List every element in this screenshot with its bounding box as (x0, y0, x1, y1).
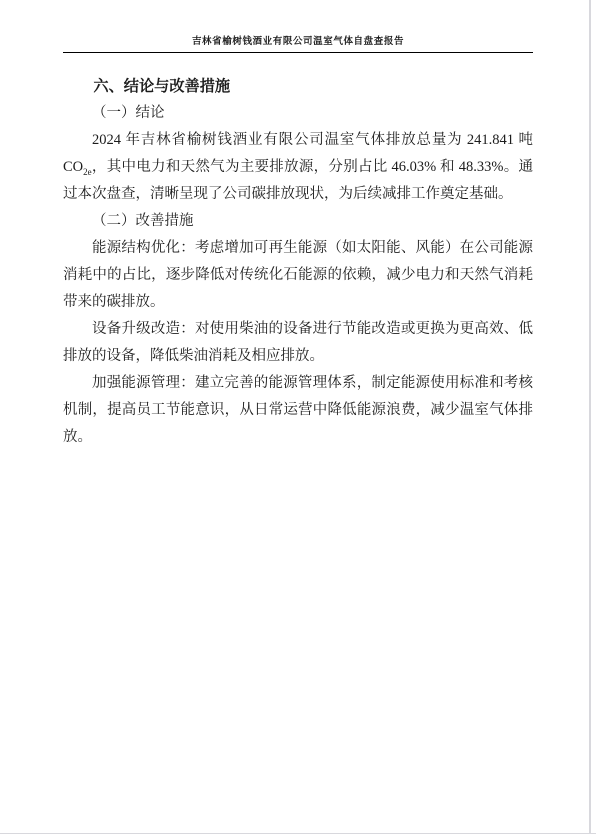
conclusion-subheading: （一）结论 (63, 100, 533, 127)
improvement-paragraph-energy-structure: 能源结构优化：考虑增加可再生能源（如太阳能、风能）在公司能源消耗中的占比，逐步降… (63, 235, 533, 316)
improvement-paragraph-equipment-upgrade: 设备升级改造：对使用柴油的设备进行节能改造或更换为更高效、低排放的设备，降低柴油… (63, 316, 533, 370)
improvement-paragraph-energy-management: 加强能源管理：建立完善的能源管理体系，制定能源使用标准和考核机制，提高员工节能意… (63, 370, 533, 451)
conclusion-paragraph-text-end: ，其中电力和天然气为主要排放源，分别占比 46.03% 和 48.33%。通过本… (63, 159, 533, 202)
page-edge-right (589, 0, 591, 834)
page-header: 吉林省榆树钱酒业有限公司温室气体自盘查报告 (63, 33, 533, 53)
running-head-title: 吉林省榆树钱酒业有限公司温室气体自盘查报告 (192, 37, 404, 47)
page-content: 六、结论与改善措施 （一）结论 2024 年吉林省榆树钱酒业有限公司温室气体排放… (63, 73, 533, 451)
improvement-subheading: （二）改善措施 (63, 208, 533, 235)
co2e-subscript: 2e (83, 167, 92, 177)
conclusion-paragraph: 2024 年吉林省榆树钱酒业有限公司温室气体排放总量为 241.841 吨CO2… (63, 127, 533, 208)
section-heading: 六、结论与改善措施 (63, 73, 533, 100)
document-page: 吉林省榆树钱酒业有限公司温室气体自盘查报告 六、结论与改善措施 （一）结论 20… (0, 0, 596, 834)
